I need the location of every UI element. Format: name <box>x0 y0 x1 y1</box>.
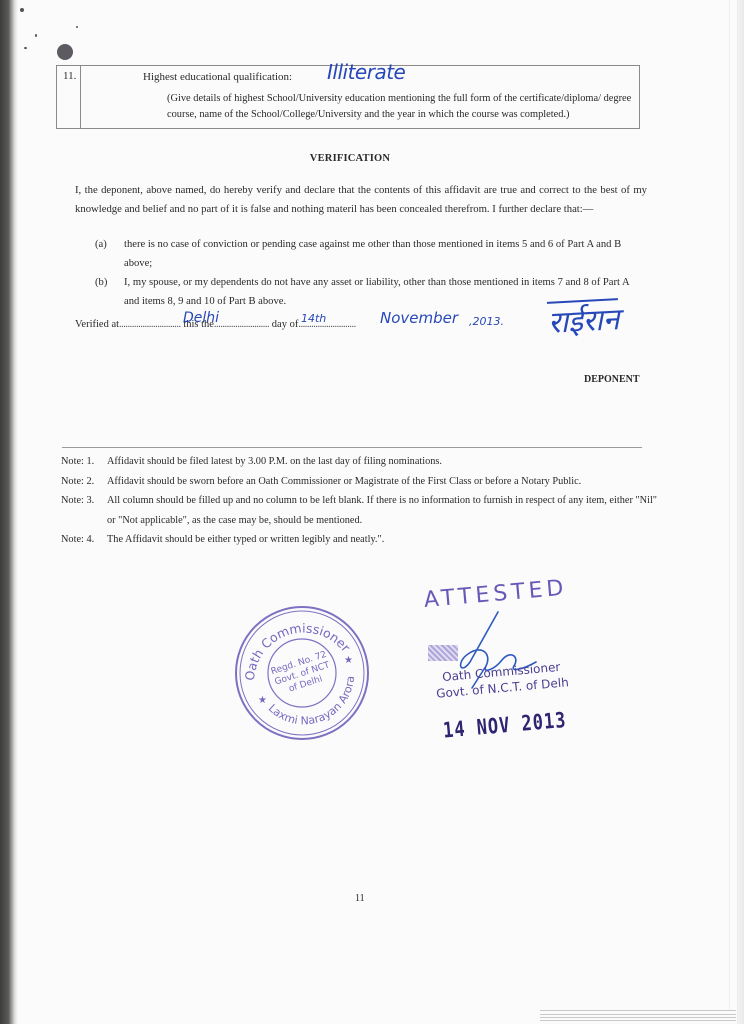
item-label: Highest educational qualification: <box>143 71 292 83</box>
handwritten-place: Delhi <box>183 310 219 326</box>
note-text: The Affidavit should be either typed or … <box>107 530 667 550</box>
dust-speck <box>20 8 24 12</box>
note-text: Affidavit should be filed latest by 3.00… <box>107 452 667 472</box>
handwritten-year: ,2013. <box>469 315 504 328</box>
svg-text:★: ★ <box>344 655 353 666</box>
note-item: Note: 3. All column should be filled up … <box>61 491 661 530</box>
scan-right-edge <box>737 0 744 1024</box>
clause-a: (a) there is no case of conviction or pe… <box>95 236 655 276</box>
item-hint: (Give details of highest School/Universi… <box>167 91 637 123</box>
oath-commissioner-round-stamp: Oath Commissioner Laxmi Narayan Arora Re… <box>232 603 372 743</box>
note-text: Affidavit should be sworn before an Oath… <box>107 472 667 492</box>
note-label: Note: 3. <box>61 491 94 511</box>
svg-text:★: ★ <box>258 695 267 706</box>
page-edge-line <box>729 0 730 1010</box>
item-handwritten-answer: Illiterate <box>327 60 405 84</box>
verification-title: VERIFICATION <box>0 153 700 164</box>
note-text: All column should be filled up and no co… <box>107 491 667 530</box>
clause-mark: (b) <box>95 274 107 293</box>
attested-stamp-title: ATTESTED <box>423 576 569 613</box>
deponent-signature: राईरान <box>547 298 621 344</box>
handwritten-month: November <box>380 309 458 327</box>
note-item: Note: 4. The Affidavit should be either … <box>61 530 661 550</box>
item-11-box: 11. Highest educational qualification: I… <box>56 65 640 129</box>
dust-speck <box>24 47 27 49</box>
note-item: Note: 2. Affidavit should be sworn befor… <box>61 472 661 492</box>
dust-speck <box>76 26 78 28</box>
stacked-pages-edge <box>540 1010 744 1024</box>
note-label: Note: 4. <box>61 530 94 550</box>
item-number: 11. <box>57 66 81 128</box>
notes-divider <box>62 447 642 448</box>
handwritten-day: 14th <box>301 312 326 325</box>
verified-at-label: Verified at <box>75 319 119 330</box>
deponent-label: DEPONENT <box>584 374 640 385</box>
page-number: 11 <box>355 893 365 904</box>
verified-at-line: Verified at.............................… <box>75 319 356 330</box>
notes-list: Note: 1. Affidavit should be filed lates… <box>61 452 661 550</box>
punch-hole <box>57 44 73 60</box>
note-item: Note: 1. Affidavit should be filed lates… <box>61 452 661 472</box>
dust-speck <box>35 34 37 37</box>
verification-body: I, the deponent, above named, do hereby … <box>75 181 647 218</box>
note-label: Note: 1. <box>61 452 94 472</box>
note-label: Note: 2. <box>61 472 94 492</box>
day-of-label: day of <box>272 319 299 330</box>
clause-mark: (a) <box>95 236 107 255</box>
attested-stamp-date: 14 NOV 2013 <box>442 708 567 744</box>
clause-text: there is no case of conviction or pendin… <box>124 236 644 273</box>
